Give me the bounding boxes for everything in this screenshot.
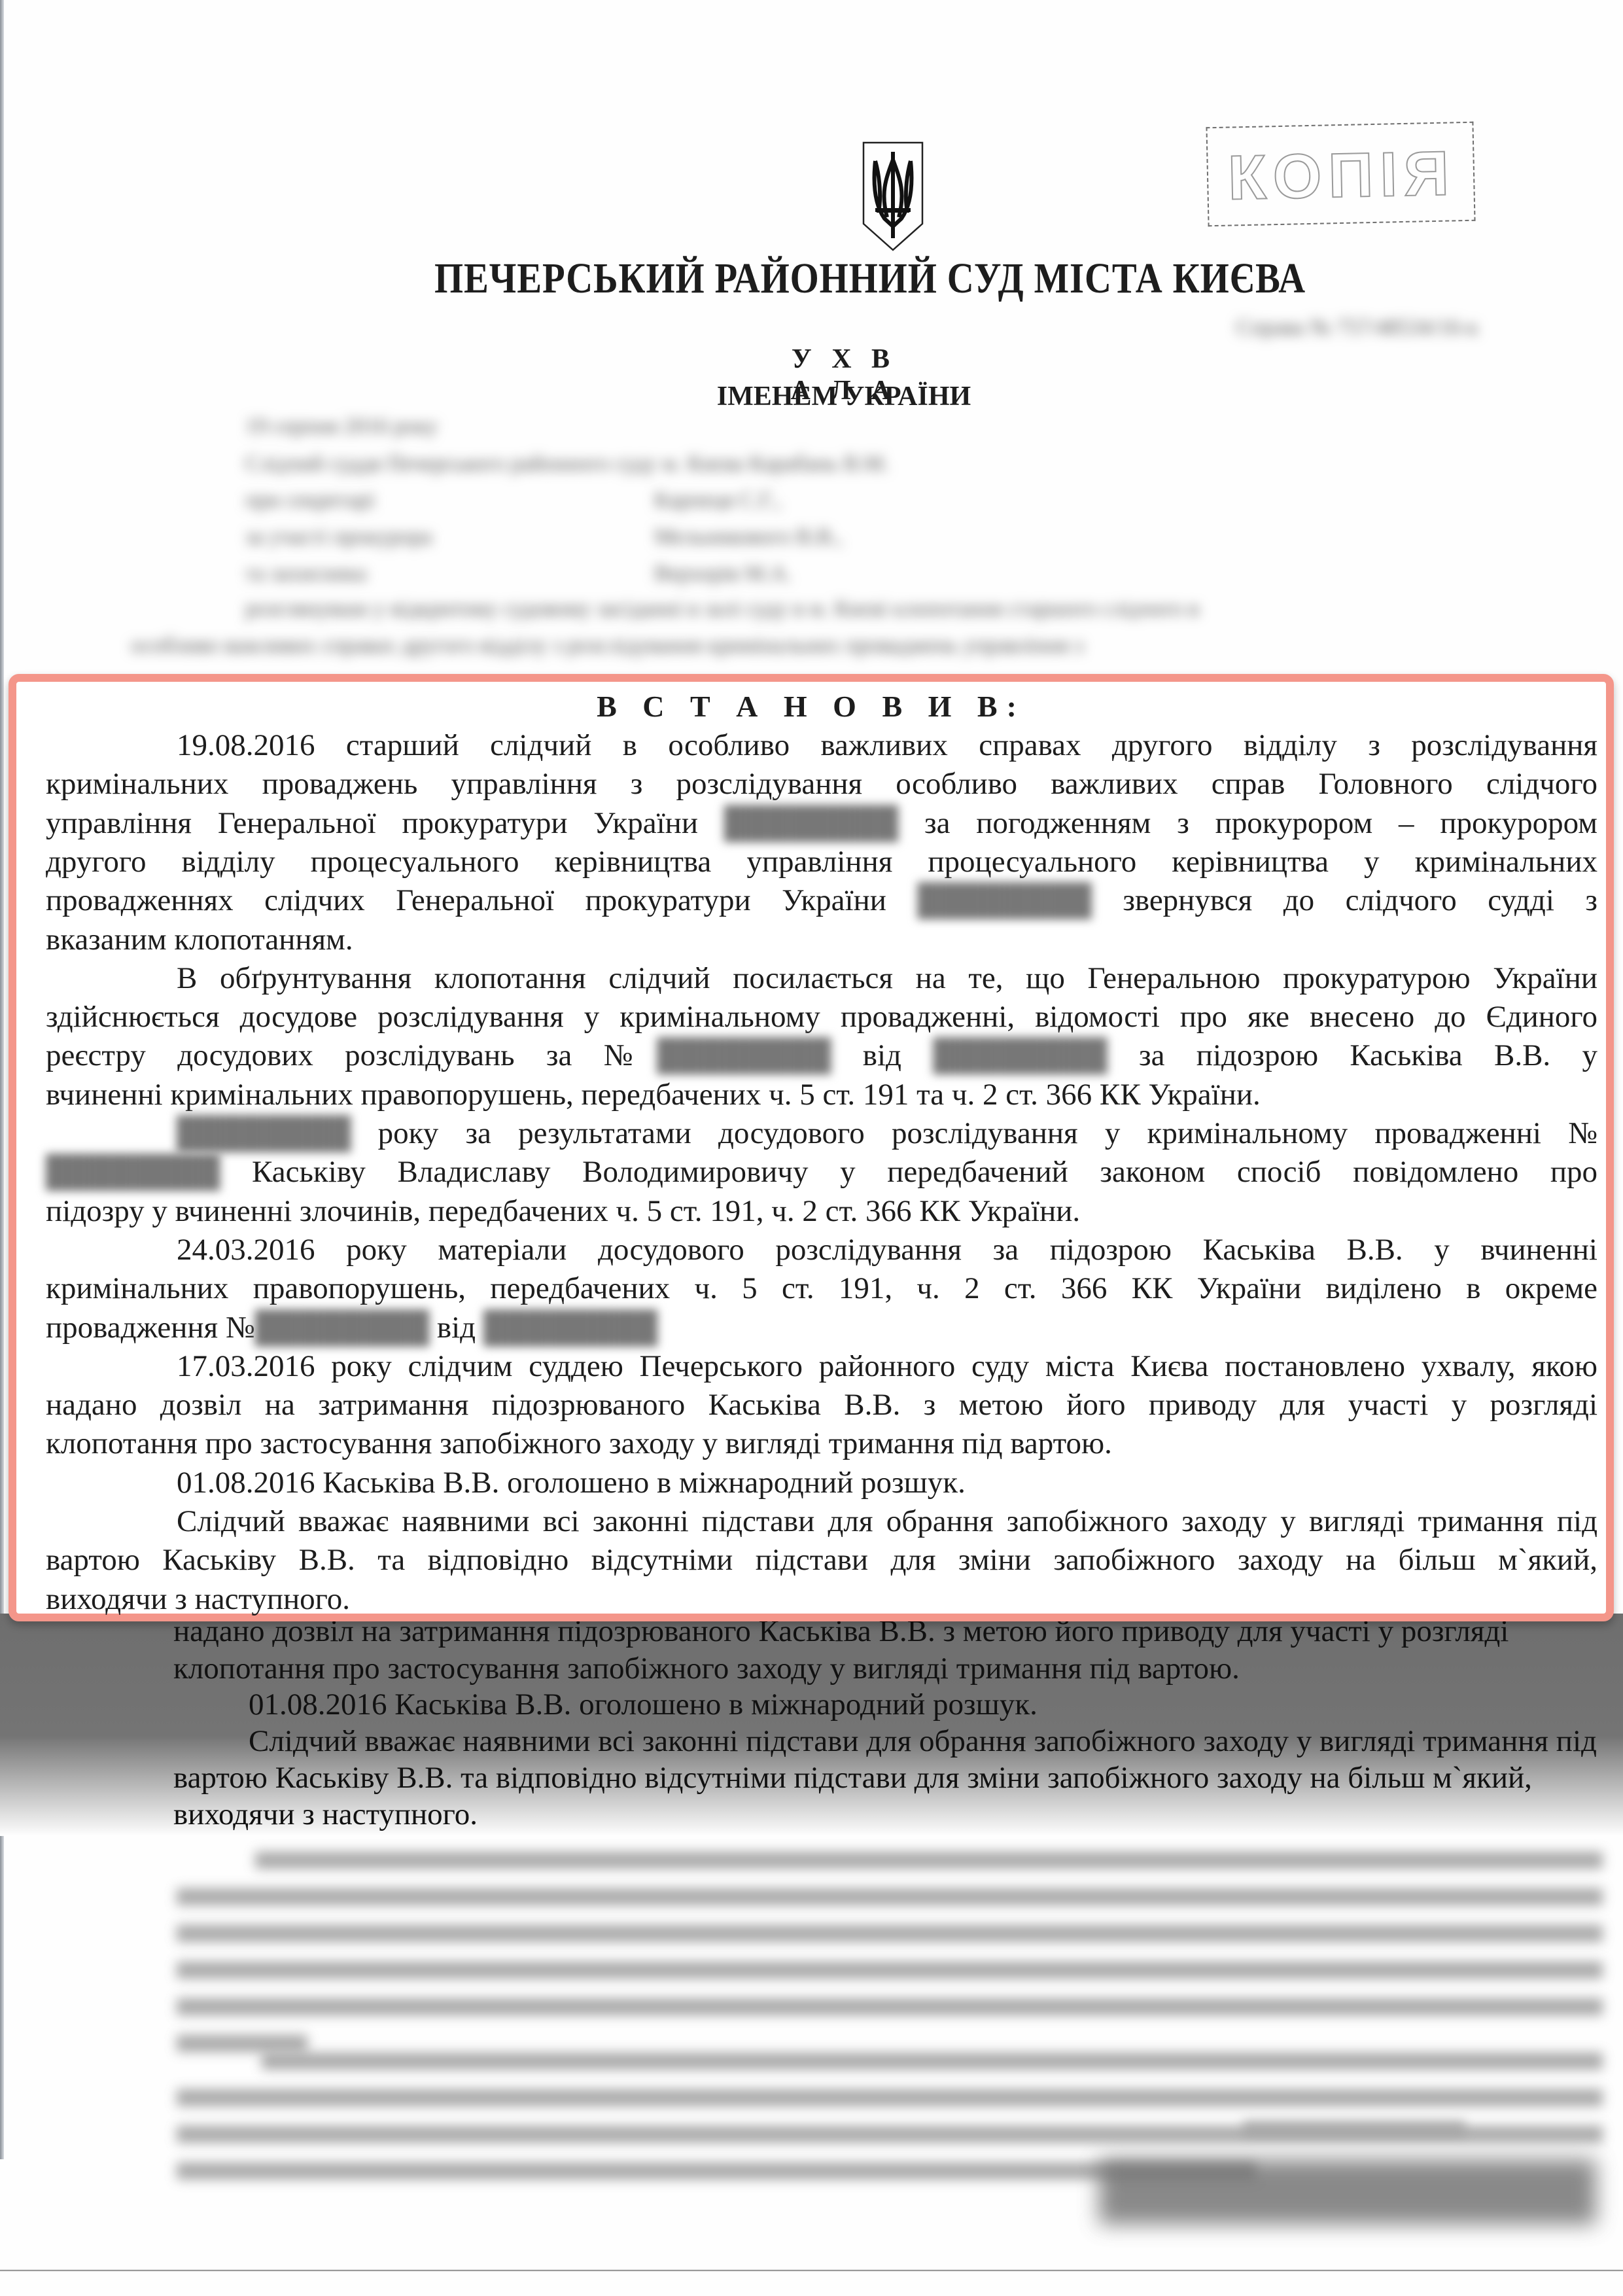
court-title: ПЕЧЕРСЬКИЙ РАЙОННИЙ СУД МІСТА КИЄВА <box>122 254 1618 304</box>
line-text: за погодженням з прокурором – прокурором <box>898 806 1597 840</box>
line-text: Каськіву Владиславу Володимировичу у пер… <box>220 1155 1597 1189</box>
paragraph-line: кримінальних проваджень управління з роз… <box>46 765 1597 803</box>
paragraph-line: 24.03.2016 року матеріали досудового роз… <box>177 1231 1597 1269</box>
paragraph-line: ████████ року за результатами досудового… <box>177 1114 1597 1152</box>
line-text: кримінальних правопорушень, передбачених… <box>46 1271 1597 1305</box>
redacted-text: ████████ <box>483 1309 657 1347</box>
highlight-box: В С Т А Н О В И В: 19.08.2016 старший сл… <box>9 674 1614 1621</box>
line-text: виходячи з наступного. <box>46 1582 350 1616</box>
line-text: другого відділу процесуального керівницт… <box>46 845 1597 879</box>
copy-stamp: КОПІЯ <box>1206 122 1475 227</box>
court-seal-label-redacted <box>1243 2120 1465 2136</box>
paragraph-line: В обґрунтування клопотання слідчий посил… <box>177 959 1597 997</box>
paragraph-line: провадженнях слідчих Генеральної прокура… <box>46 881 1597 919</box>
blurred-text-line <box>177 2089 1603 2106</box>
shadow-text-line: Слідчий вважає наявними всі законні підс… <box>249 1723 1597 1759</box>
signature-redacted <box>1099 2159 1596 2225</box>
shadow-text-line: виходячи з наступного. <box>173 1797 478 1832</box>
paragraph-line: 17.03.2016 року слідчим суддею Печерсько… <box>177 1347 1597 1385</box>
line-text: року за результатами досудового розсліду… <box>351 1116 1597 1150</box>
paragraph-line: надано дозвіл на затримання підозрюваног… <box>46 1386 1597 1424</box>
paragraph-line: 19.08.2016 старший слідчий в особливо ва… <box>177 726 1597 764</box>
stamp-text: КОПІЯ <box>1217 137 1467 215</box>
line-text: Слідчий вважає наявними всі законні підс… <box>177 1504 1597 1538</box>
intro-line: особливо важливих справах другого відділ… <box>131 633 1083 658</box>
line-text: за підозрою Каськіва В.В. у <box>1108 1038 1597 1072</box>
case-number-redacted: Справа № 757/48534/16-к <box>1236 315 1478 340</box>
paragraph-line: клопотання про застосування запобіжного … <box>46 1424 1597 1462</box>
intro-defender-name: Верхорів М.А. <box>654 561 792 586</box>
line-text: В обґрунтування клопотання слідчий посил… <box>177 961 1597 995</box>
line-text: 17.03.2016 року слідчим суддею Печерсько… <box>177 1349 1597 1383</box>
line-text: 01.08.2016 Каськіва В.В. оголошено в між… <box>177 1466 966 1500</box>
redacted-text: ████████ <box>657 1036 831 1074</box>
paragraph-line: ████████ Каськіву Владиславу Володимиров… <box>46 1153 1597 1191</box>
line-text: вказаним клопотанням. <box>46 923 353 957</box>
document-subtitle: ІМЕНЕМ УКРАЇНИ <box>713 381 975 412</box>
paragraph-line: підозру у вчиненні злочинів, передбачени… <box>46 1192 1597 1230</box>
blurred-text-line <box>177 1962 1603 1979</box>
intro-secretary-label: при секретарі <box>245 488 375 513</box>
intro-prosecutor-name: Мельникового В.В., <box>654 525 843 550</box>
paragraph-line: 01.08.2016 Каськіва В.В. оголошено в між… <box>177 1464 1597 1502</box>
intro-date: 19 серпня 2016 року <box>245 414 438 439</box>
line-text: підозру у вчиненні злочинів, передбачени… <box>46 1194 1080 1228</box>
intro-line: розглянувши у відкритому судовому засіда… <box>245 597 1199 622</box>
shadow-text-line: 01.08.2016 Каськіва В.В. оголошено в між… <box>249 1687 1038 1722</box>
blurred-text-line <box>177 1888 1603 1905</box>
paragraph-line: другого відділу процесуального керівницт… <box>46 843 1597 881</box>
paragraph-line: провадження №████████ від ████████ <box>46 1309 1597 1347</box>
intro-secretary-name: Карпеця С.Г., <box>654 488 781 513</box>
ukraine-trident-icon <box>861 140 925 253</box>
paragraph-line: виходячи з наступного. <box>46 1580 1597 1618</box>
paragraph-line: вказаним клопотанням. <box>46 921 1597 959</box>
blurred-text-line <box>177 1925 1603 1942</box>
paragraph-line: вчиненні кримінальних правопорушень, пер… <box>46 1076 1597 1114</box>
line-text: вчиненні кримінальних правопорушень, пер… <box>46 1078 1261 1112</box>
redacted-text: ████████ <box>177 1114 351 1152</box>
redacted-text: ████████ <box>917 881 1091 919</box>
intro-prosecutor-label: за участі прокурора <box>245 525 432 550</box>
blurred-text-line <box>262 2053 1603 2070</box>
paragraph-line: здійснюється досудове розслідування у кр… <box>46 998 1597 1036</box>
line-text: від <box>429 1311 483 1345</box>
intro-defender-label: та захисника <box>245 561 366 586</box>
line-text: вартою Каськіву В.В. та відповідно відсу… <box>46 1543 1597 1577</box>
scan-bottom-edge <box>0 2255 1623 2296</box>
blurred-text-line <box>177 2163 1256 2180</box>
section-heading: В С Т А Н О В И В: <box>16 689 1606 724</box>
line-text: від <box>831 1038 933 1072</box>
blurred-text-line <box>177 2035 307 2052</box>
redacted-text: ████████ <box>724 804 898 842</box>
line-text: 24.03.2016 року матеріали досудового роз… <box>177 1233 1597 1267</box>
line-text: провадження № <box>46 1311 255 1345</box>
line-text: надано дозвіл на затримання підозрюваног… <box>46 1388 1597 1422</box>
paragraph-line: вартою Каськіву В.В. та відповідно відсу… <box>46 1541 1597 1579</box>
intro-judge: Слідчий суддя Печерського районного суду… <box>245 451 889 476</box>
blurred-text-line <box>255 1852 1603 1869</box>
line-text: управління Генеральної прокуратури Украї… <box>46 806 724 840</box>
line-text: клопотання про застосування запобіжного … <box>46 1426 1112 1460</box>
redacted-text: ████████ <box>255 1309 429 1347</box>
line-text: здійснюється досудове розслідування у кр… <box>46 1000 1597 1034</box>
shadow-text-line: вартою Каськіву В.В. та відповідно відсу… <box>173 1760 1532 1795</box>
blurred-text-line <box>177 1998 1603 2015</box>
line-text: 19.08.2016 старший слідчий в особливо ва… <box>177 728 1597 762</box>
redacted-text: ████████ <box>46 1153 220 1191</box>
paragraph-line: кримінальних правопорушень, передбачених… <box>46 1269 1597 1307</box>
line-text: звернувся до слідчого судді з <box>1092 883 1597 917</box>
line-text: реєстру досудових розслідувань за № <box>46 1038 657 1072</box>
paragraph-line: управління Генеральної прокуратури Украї… <box>46 804 1597 842</box>
redacted-text: ████████ <box>933 1036 1107 1074</box>
line-text: провадженнях слідчих Генеральної прокура… <box>46 883 917 917</box>
line-text: кримінальних проваджень управління з роз… <box>46 767 1597 801</box>
shadow-text-line: клопотання про застосування запобіжного … <box>173 1651 1240 1686</box>
paragraph-line: реєстру досудових розслідувань за №█████… <box>46 1036 1597 1074</box>
paragraph-line: Слідчий вважає наявними всі законні підс… <box>177 1502 1597 1540</box>
